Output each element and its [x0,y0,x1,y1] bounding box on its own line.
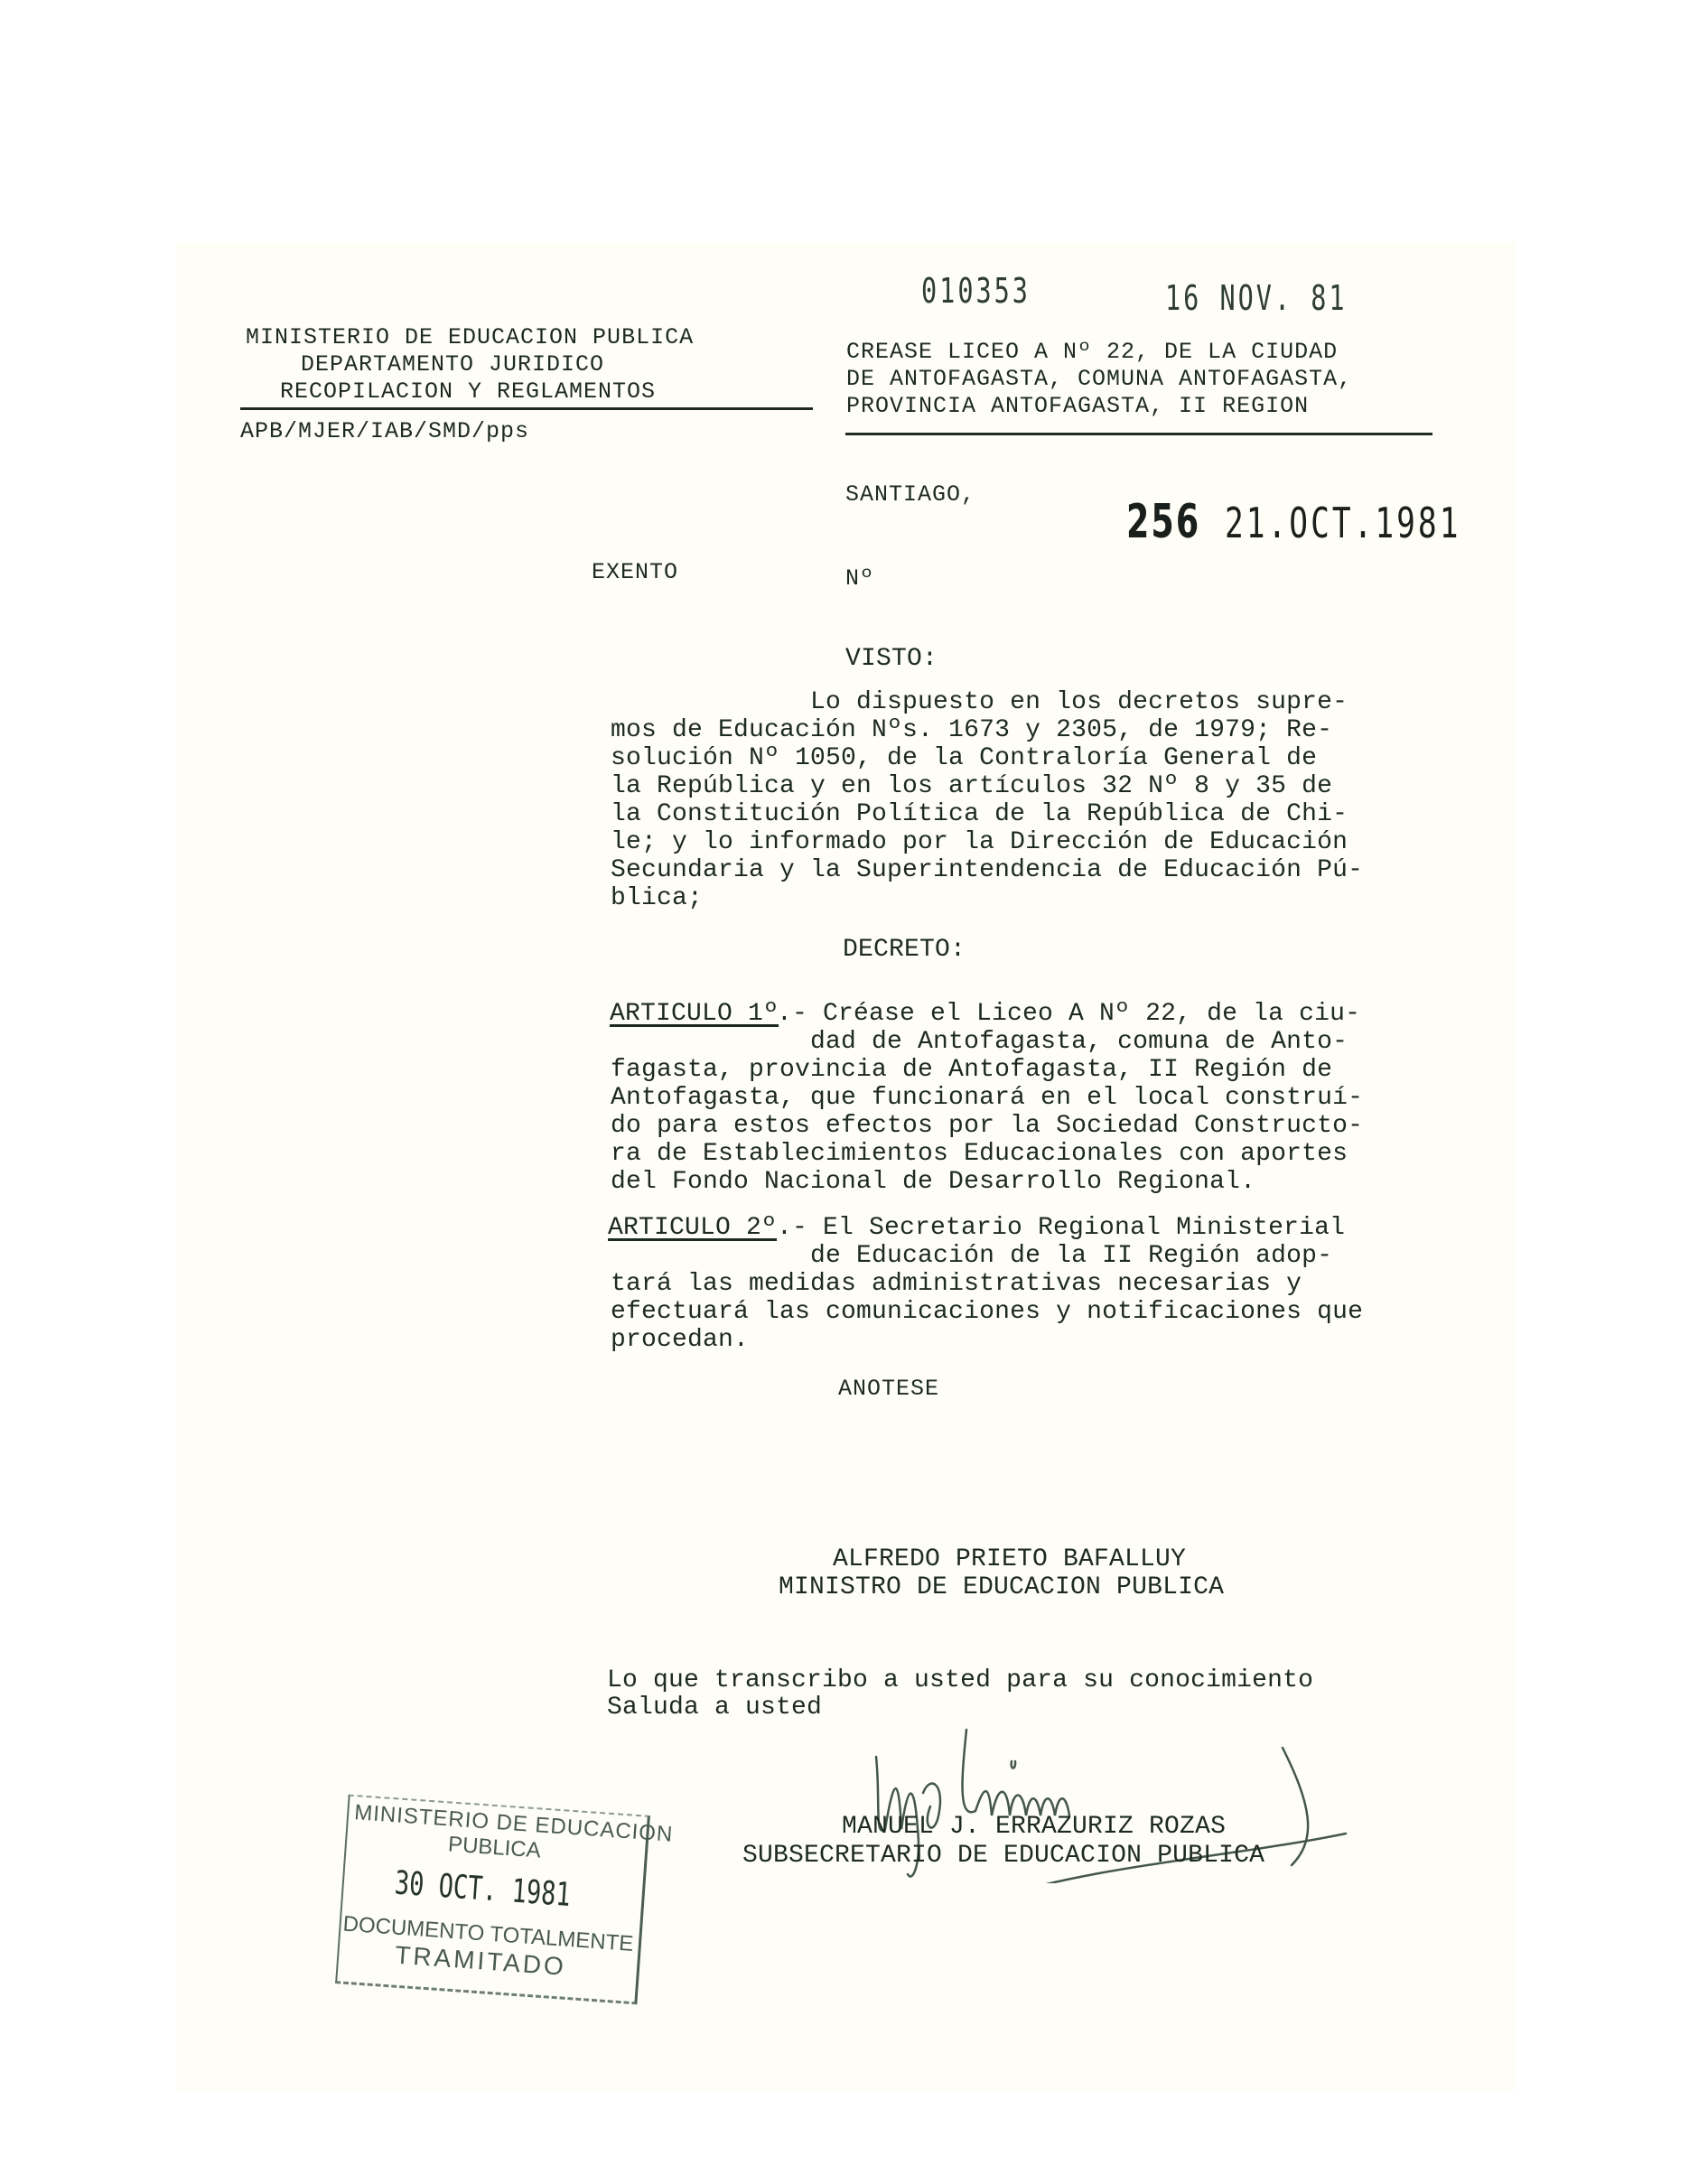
subject-rule [845,433,1432,435]
reception-date-stamp: 16 NOV. 81 [1165,278,1348,318]
text-line: .- Créase el Liceo A Nº 22, de la ciu- [777,1001,1360,1028]
text-line: del Fondo Nacional de Desarrollo Regiona… [611,1169,1255,1196]
transcription-line-1: Lo que transcribo a usted para su conoci… [607,1667,1313,1694]
decree-date-stamp: 21.OCT.1981 [1225,499,1460,547]
minister-name: ALFREDO PRIETO BAFALLUY [833,1546,1186,1573]
processed-stamp-date: 30 OCT. 1981 [394,1864,572,1914]
text-line: do para estos efectos por la Sociedad Co… [611,1113,1363,1140]
text-line: Antofagasta, que funcionará en el local … [611,1085,1363,1112]
text-line: mos de Educación Nºs. 1673 y 2305, de 19… [611,717,1332,744]
header-left-rule [240,407,813,410]
visto-heading: VISTO: [845,646,938,673]
text-line: Secundaria y la Superintendencia de Educ… [611,857,1363,884]
text-line: blica; [611,885,703,912]
text-line: le; y lo informado por la Dirección de E… [611,829,1348,856]
articulo-2-label: ARTICULO 2º [608,1215,777,1242]
reference-initials: APB/MJER/IAB/SMD/pps [240,417,529,445]
processed-stamp-publica: PUBLICA [447,1832,541,1863]
articulo-1-label: ARTICULO 1º [610,1001,779,1028]
subsecretary-title: SUBSECRETARIO DE EDUCACION PUBLICA [742,1843,1264,1870]
anotese: ANOTESE [838,1375,939,1403]
minister-title: MINISTRO DE EDUCACION PUBLICA [779,1574,1224,1601]
subsecretary-name: MANUEL J. ERRAZURIZ ROZAS [842,1814,1226,1841]
department-name: DEPARTAMENTO JURIDICO [301,350,604,378]
text-line: procedan. [611,1327,749,1354]
section-name: RECOPILACION Y REGLAMENTOS [280,378,656,406]
subject-line-1: CREASE LICEO A Nº 22, DE LA CIUDAD [846,338,1338,366]
subject-line-2: DE ANTOFAGASTA, COMUNA ANTOFAGASTA, [846,365,1352,393]
text-line: solución Nº 1050, de la Contraloría Gene… [611,745,1317,772]
text-line: efectuará las comunicaciones y notificac… [611,1299,1363,1326]
subject-line-3: PROVINCIA ANTOFAGASTA, II REGION [846,392,1309,420]
text-line: dad de Antofagasta, comuna de Anto- [611,1029,1348,1056]
text-line: .- El Secretario Regional Ministerial [777,1215,1345,1242]
exento-label: EXENTO [592,558,678,586]
text-line: la Constitución Política de la República… [611,801,1348,828]
place: SANTIAGO, [845,481,975,509]
reception-number-stamp: 010353 [921,271,1031,311]
text-line: Lo dispuesto en los decretos supre- [611,689,1348,716]
text-line: fagasta, provincia de Antofagasta, II Re… [611,1057,1332,1084]
processed-stamp: MINISTERIO DE EDUCACION PUBLICA 30 OCT. … [335,1795,650,2005]
text-line: la República y en los artículos 32 Nº 8 … [611,773,1332,800]
ministry-name: MINISTERIO DE EDUCACION PUBLICA [246,323,694,351]
decreto-heading: DECRETO: [843,937,966,964]
decree-number-stamp: 256 [1126,495,1200,549]
text-line: de Educación de la II Región adop- [611,1243,1332,1270]
text-line: tará las medidas administrativas necesar… [611,1271,1302,1298]
number-label: Nº [845,565,874,593]
text-line: ra de Establecimientos Educacionales con… [611,1141,1348,1168]
transcription-line-2: Saluda a usted [607,1694,822,1722]
